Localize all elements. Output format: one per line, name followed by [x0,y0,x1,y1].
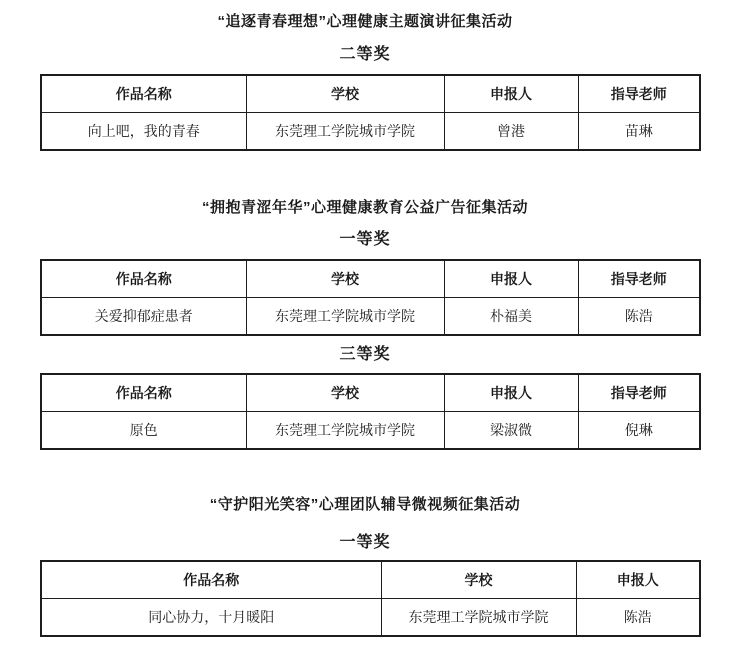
table-header-row: 作品名称 学校 申报人 [41,561,700,599]
cell-advisor: 陈浩 [578,298,700,336]
activity-title-speech-contest: “追逐青春理想”心理健康主题演讲征集活动 [0,14,730,30]
cell-applicant: 陈浩 [576,599,700,637]
table-header-row: 作品名称 学校 申报人 指导老师 [41,260,700,298]
table-row: 同心协力，十月暖阳 东莞理工学院城市学院 陈浩 [41,599,700,637]
table-row: 向上吧，我的青春 东莞理工学院城市学院 曾港 苗琳 [41,113,700,151]
column-header-advisor: 指导老师 [578,260,700,298]
column-header-school: 学校 [246,75,444,113]
activity-title-micro-video-contest: “守护阳光笑容”心理团队辅导微视频征集活动 [0,497,730,513]
awards-table-psa-third-prize: 作品名称 学校 申报人 指导老师 原色 东莞理工学院城市学院 梁淑微 倪琳 [40,373,701,450]
column-header-school: 学校 [381,561,576,599]
cell-applicant: 曾港 [444,113,578,151]
column-header-work-name: 作品名称 [41,75,246,113]
award-level-heading-third-prize: 三等奖 [0,347,730,363]
cell-work-name: 原色 [41,412,246,450]
cell-applicant: 朴福美 [444,298,578,336]
column-header-work-name: 作品名称 [41,374,246,412]
column-header-applicant: 申报人 [444,75,578,113]
activity-title-psa-contest: “拥抱青涩年华”心理健康教育公益广告征集活动 [0,200,730,216]
column-header-work-name: 作品名称 [41,260,246,298]
table-row: 关爱抑郁症患者 东莞理工学院城市学院 朴福美 陈浩 [41,298,700,336]
column-header-applicant: 申报人 [444,374,578,412]
column-header-school: 学校 [246,260,444,298]
award-level-heading-second-prize: 二等奖 [0,47,730,63]
table-row: 原色 东莞理工学院城市学院 梁淑微 倪琳 [41,412,700,450]
column-header-advisor: 指导老师 [578,374,700,412]
awards-table-speech-second-prize: 作品名称 学校 申报人 指导老师 向上吧，我的青春 东莞理工学院城市学院 曾港 … [40,74,701,151]
award-level-heading-first-prize: 一等奖 [0,535,730,551]
column-header-applicant: 申报人 [576,561,700,599]
cell-work-name: 同心协力，十月暖阳 [41,599,381,637]
award-level-heading-first-prize: 一等奖 [0,232,730,248]
cell-school: 东莞理工学院城市学院 [246,113,444,151]
cell-work-name: 关爱抑郁症患者 [41,298,246,336]
award-list-document: “追逐青春理想”心理健康主题演讲征集活动 二等奖 作品名称 学校 申报人 指导老… [0,0,730,646]
table-header-row: 作品名称 学校 申报人 指导老师 [41,75,700,113]
cell-advisor: 倪琳 [578,412,700,450]
awards-table-video-first-prize: 作品名称 学校 申报人 同心协力，十月暖阳 东莞理工学院城市学院 陈浩 [40,560,701,637]
awards-table-psa-first-prize: 作品名称 学校 申报人 指导老师 关爱抑郁症患者 东莞理工学院城市学院 朴福美 … [40,259,701,336]
cell-work-name: 向上吧，我的青春 [41,113,246,151]
cell-advisor: 苗琳 [578,113,700,151]
cell-school: 东莞理工学院城市学院 [381,599,576,637]
column-header-school: 学校 [246,374,444,412]
cell-school: 东莞理工学院城市学院 [246,412,444,450]
column-header-work-name: 作品名称 [41,561,381,599]
column-header-advisor: 指导老师 [578,75,700,113]
cell-school: 东莞理工学院城市学院 [246,298,444,336]
cell-applicant: 梁淑微 [444,412,578,450]
column-header-applicant: 申报人 [444,260,578,298]
table-header-row: 作品名称 学校 申报人 指导老师 [41,374,700,412]
